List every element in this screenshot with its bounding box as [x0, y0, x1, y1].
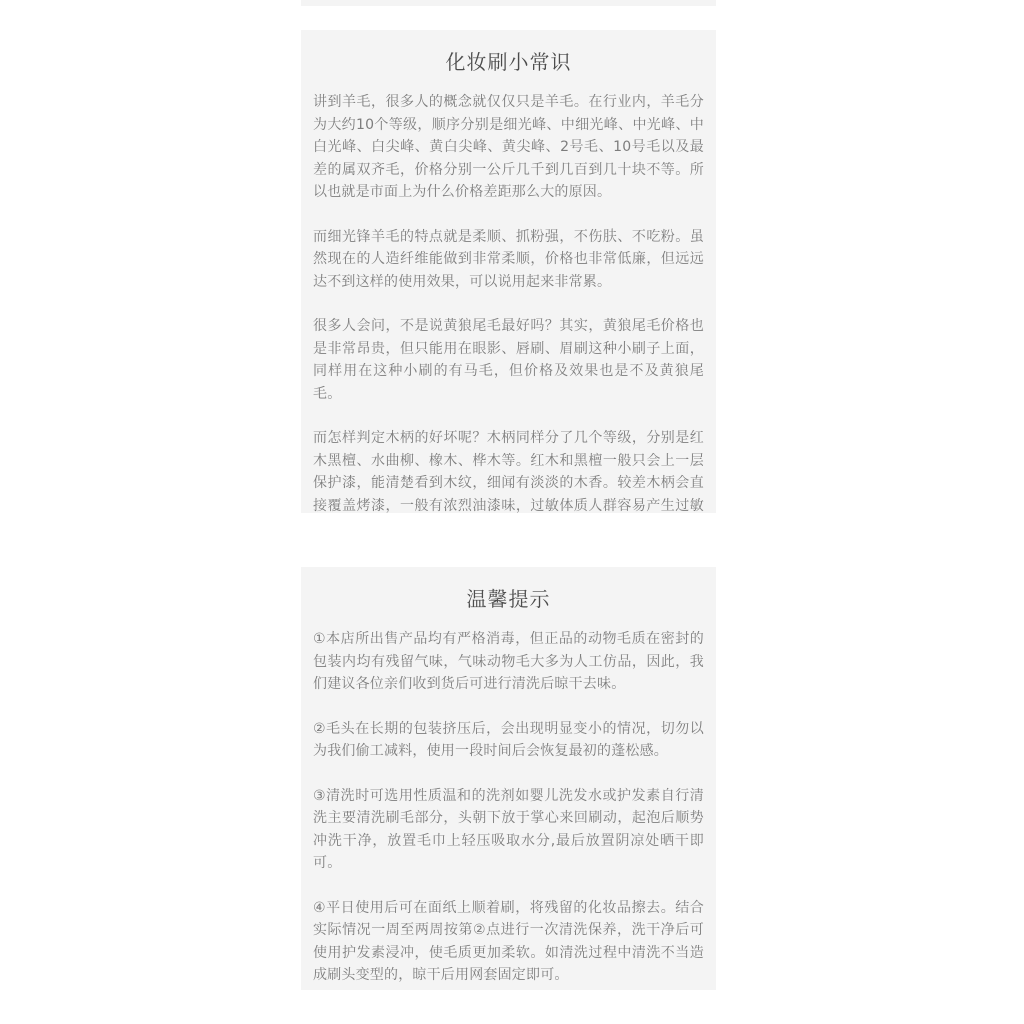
knowledge-paragraph: 而怎样判定木柄的好坏呢？木柄同样分了几个等级，分别是红木黑檀、水曲柳、橡木、桦木… — [313, 427, 704, 513]
tips-paragraph: ①本店所出售产品均有严格消毒，但正品的动物毛质在密封的包装内均有残留气味，气味动… — [313, 628, 704, 696]
knowledge-paragraph: 讲到羊毛，很多人的概念就仅仅只是羊毛。在行业内，羊毛分为大约10个等级，顺序分别… — [313, 91, 704, 204]
knowledge-card-body: 讲到羊毛，很多人的概念就仅仅只是羊毛。在行业内，羊毛分为大约10个等级，顺序分别… — [301, 91, 716, 513]
tips-card: 温馨提示 ①本店所出售产品均有严格消毒，但正品的动物毛质在密封的包装内均有残留气… — [301, 567, 716, 990]
tips-card-title: 温馨提示 — [301, 585, 716, 613]
tips-paragraph: ④平日使用后可在面纸上顺着刷，将残留的化妆品擦去。结合实际情况一周至两周按第②点… — [313, 897, 704, 987]
tips-paragraph: ②毛头在长期的包装挤压后，会出现明显变小的情况，切勿以为我们偷工减料，使用一段时… — [313, 718, 704, 763]
tips-paragraph: ③清洗时可选用性质温和的洗剂如婴儿洗发水或护发素自行清洗主要清洗刷毛部分，头朝下… — [313, 785, 704, 875]
knowledge-card: 化妆刷小常识 讲到羊毛，很多人的概念就仅仅只是羊毛。在行业内，羊毛分为大约10个… — [301, 30, 716, 513]
knowledge-card-title: 化妆刷小常识 — [301, 48, 716, 76]
product-description-page: 化妆刷小常识 讲到羊毛，很多人的概念就仅仅只是羊毛。在行业内，羊毛分为大约10个… — [0, 0, 1024, 1024]
previous-section-partial — [301, 0, 716, 6]
knowledge-paragraph: 而细光锋羊毛的特点就是柔顺、抓粉强，不伤肤、不吃粉。虽然现在的人造纤维能做到非常… — [313, 226, 704, 294]
knowledge-paragraph: 很多人会问，不是说黄狼尾毛最好吗？其实，黄狼尾毛价格也是非常昂贵，但只能用在眼影… — [313, 315, 704, 405]
tips-card-body: ①本店所出售产品均有严格消毒，但正品的动物毛质在密封的包装内均有残留气味，气味动… — [301, 628, 716, 987]
